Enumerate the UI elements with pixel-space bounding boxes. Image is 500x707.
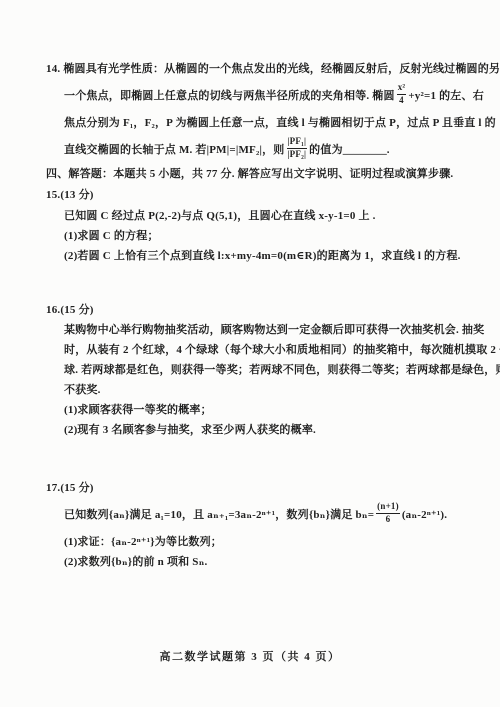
- question-head: 16.(15 分): [46, 300, 480, 320]
- question-item-text: (2)现有 3 名顾客参与抽奖，求至少两人获奖的概率.: [64, 424, 316, 436]
- exam-page: 14.椭圆具有光学性质：从椭圆的一个焦点发出的光线，经椭圆反射后，反射光线过椭圆…: [0, 0, 500, 707]
- question-text: 焦点分别为 F₁，F₂，P 为椭圆上任意一点，直线 l 与椭圆相切于点 P，过点…: [64, 117, 496, 129]
- question-text: 一个焦点，即椭圆上任意点的切线与两焦半径所成的夹角相等. 椭圆: [64, 90, 395, 102]
- question-item-text: (1)求圆 C 的方程；: [64, 230, 159, 242]
- question-number: 14.: [46, 63, 60, 75]
- question-number: 17.(15 分): [46, 482, 94, 494]
- page-footer: 高二数学试题第 3 页（共 4 页）: [0, 648, 500, 664]
- question-line: 直线交椭圆的长轴于点 M. 若|PM|=|MF₂|，则|PF₁||PF₂|的值为…: [46, 137, 480, 164]
- question-text: 某购物中心举行购物抽奖活动，顾客购物达到一定金额后即可获得一次抽奖机会. 抽奖: [64, 324, 484, 336]
- question-number: 15.(13 分): [46, 189, 94, 201]
- question-item: (1)求顾客获得一等奖的概率；: [46, 400, 480, 420]
- question-text: 已知圆 C 经过点 P(2,-2)与点 Q(5,1)，且圆心在直线 x-y-1=…: [64, 210, 376, 222]
- question-text: 时，从装有 2 个红球，4 个绿球（每个球大小和质地相同）的抽奖箱中，每次随机摸…: [64, 344, 500, 356]
- question-line: 14.椭圆具有光学性质：从椭圆的一个焦点发出的光线，经椭圆反射后，反射光线过椭圆…: [46, 56, 480, 83]
- question-text: 的值为: [309, 144, 343, 156]
- fraction-numerator: x²: [397, 83, 407, 95]
- question-16: 16.(15 分) 某购物中心举行购物抽奖活动，顾客购物达到一定金额后即可获得一…: [46, 300, 480, 440]
- fraction-numerator: (n+1): [376, 502, 400, 514]
- section-title: 四、解答题：本题共 5 小题，共 77 分. 解答应写出文字说明、证明过程或演算…: [46, 164, 480, 185]
- fraction: x²4: [397, 83, 407, 105]
- question-text: 椭圆具有光学性质：从椭圆的一个焦点发出的光线，经椭圆反射后，反射光线过椭圆的另: [63, 63, 500, 75]
- question-head: 15.(13 分): [46, 185, 480, 206]
- question-line: 已知数列{aₙ}满足 a₁=10，且 aₙ₊₁=3aₙ-2ⁿ⁺¹，数列{bₙ}满…: [46, 498, 480, 532]
- question-item: (1)求证：{aₙ-2ⁿ⁺¹}为等比数列；: [46, 532, 480, 552]
- fraction-numerator: |PF₁|: [287, 137, 308, 149]
- question-head: 17.(15 分): [46, 478, 480, 498]
- question-15: 15.(13 分) 已知圆 C 经过点 P(2,-2)与点 Q(5,1)，且圆心…: [46, 185, 480, 266]
- question-text: .: [387, 144, 390, 156]
- question-text: 直线交椭圆的长轴于点 M. 若|PM|=|MF₂|，则: [64, 144, 285, 156]
- question-item: (2)求数列{bₙ}的前 n 项和 Sₙ.: [46, 552, 480, 572]
- fraction-denominator: 6: [376, 514, 400, 525]
- page-footer-text: 高二数学试题第 3 页（共 4 页）: [160, 651, 341, 663]
- fraction: |PF₁||PF₂|: [287, 137, 308, 159]
- question-line: 已知圆 C 经过点 P(2,-2)与点 Q(5,1)，且圆心在直线 x-y-1=…: [46, 206, 480, 226]
- question-line: 不获奖.: [46, 380, 480, 400]
- question-text: 已知数列{aₙ}满足 a₁=10，且 aₙ₊₁=3aₙ-2ⁿ⁺¹，数列{bₙ}满…: [64, 509, 374, 521]
- question-text: (aₙ-2ⁿ⁺¹).: [402, 509, 447, 521]
- question-item-text: (2)求数列{bₙ}的前 n 项和 Sₙ.: [64, 556, 207, 568]
- question-number: 16.(15 分): [46, 304, 94, 316]
- question-17: 17.(15 分) 已知数列{aₙ}满足 a₁=10，且 aₙ₊₁=3aₙ-2ⁿ…: [46, 478, 480, 572]
- question-item-text: (1)求顾客获得一等奖的概率；: [64, 404, 212, 416]
- fraction: (n+1)6: [376, 502, 400, 524]
- question-text: 不获奖.: [64, 384, 101, 396]
- question-item: (2)若圆 C 上恰有三个点到直线 l:x+my-4m=0(m∈R)的距离为 1…: [46, 246, 480, 266]
- question-line: 球. 若两球都是红色，则获得一等奖；若两球不同色，则获得二等奖；若两球都是绿色，…: [46, 360, 480, 380]
- question-item: (2)现有 3 名顾客参与抽奖，求至少两人获奖的概率.: [46, 420, 480, 440]
- question-item-text: (2)若圆 C 上恰有三个点到直线 l:x+my-4m=0(m∈R)的距离为 1…: [64, 250, 461, 262]
- fraction-denominator: 4: [397, 95, 407, 106]
- question-line: 焦点分别为 F₁，F₂，P 为椭圆上任意一点，直线 l 与椭圆相切于点 P，过点…: [46, 110, 480, 137]
- section-4-header: 四、解答题：本题共 5 小题，共 77 分. 解答应写出文字说明、证明过程或演算…: [46, 164, 480, 185]
- question-line: 一个焦点，即椭圆上任意点的切线与两焦半径所成的夹角相等. 椭圆x²4+y²=1 …: [46, 83, 480, 110]
- question-item: (1)求圆 C 的方程；: [46, 226, 480, 246]
- question-item-text: (1)求证：{aₙ-2ⁿ⁺¹}为等比数列；: [64, 536, 222, 548]
- question-line: 某购物中心举行购物抽奖活动，顾客购物达到一定金额后即可获得一次抽奖机会. 抽奖: [46, 320, 480, 340]
- answer-blank: ________: [343, 144, 387, 156]
- section-title-text: 四、解答题：本题共 5 小题，共 77 分. 解答应写出文字说明、证明过程或演算…: [46, 168, 453, 180]
- question-text: 球. 若两球都是红色，则获得一等奖；若两球不同色，则获得二等奖；若两球都是绿色，…: [64, 364, 500, 376]
- fraction-denominator: |PF₂|: [287, 149, 308, 160]
- question-14: 14.椭圆具有光学性质：从椭圆的一个焦点发出的光线，经椭圆反射后，反射光线过椭圆…: [46, 56, 480, 164]
- question-line: 时，从装有 2 个红球，4 个绿球（每个球大小和质地相同）的抽奖箱中，每次随机摸…: [46, 340, 480, 360]
- question-text: +y²=1 的左、右: [408, 90, 484, 102]
